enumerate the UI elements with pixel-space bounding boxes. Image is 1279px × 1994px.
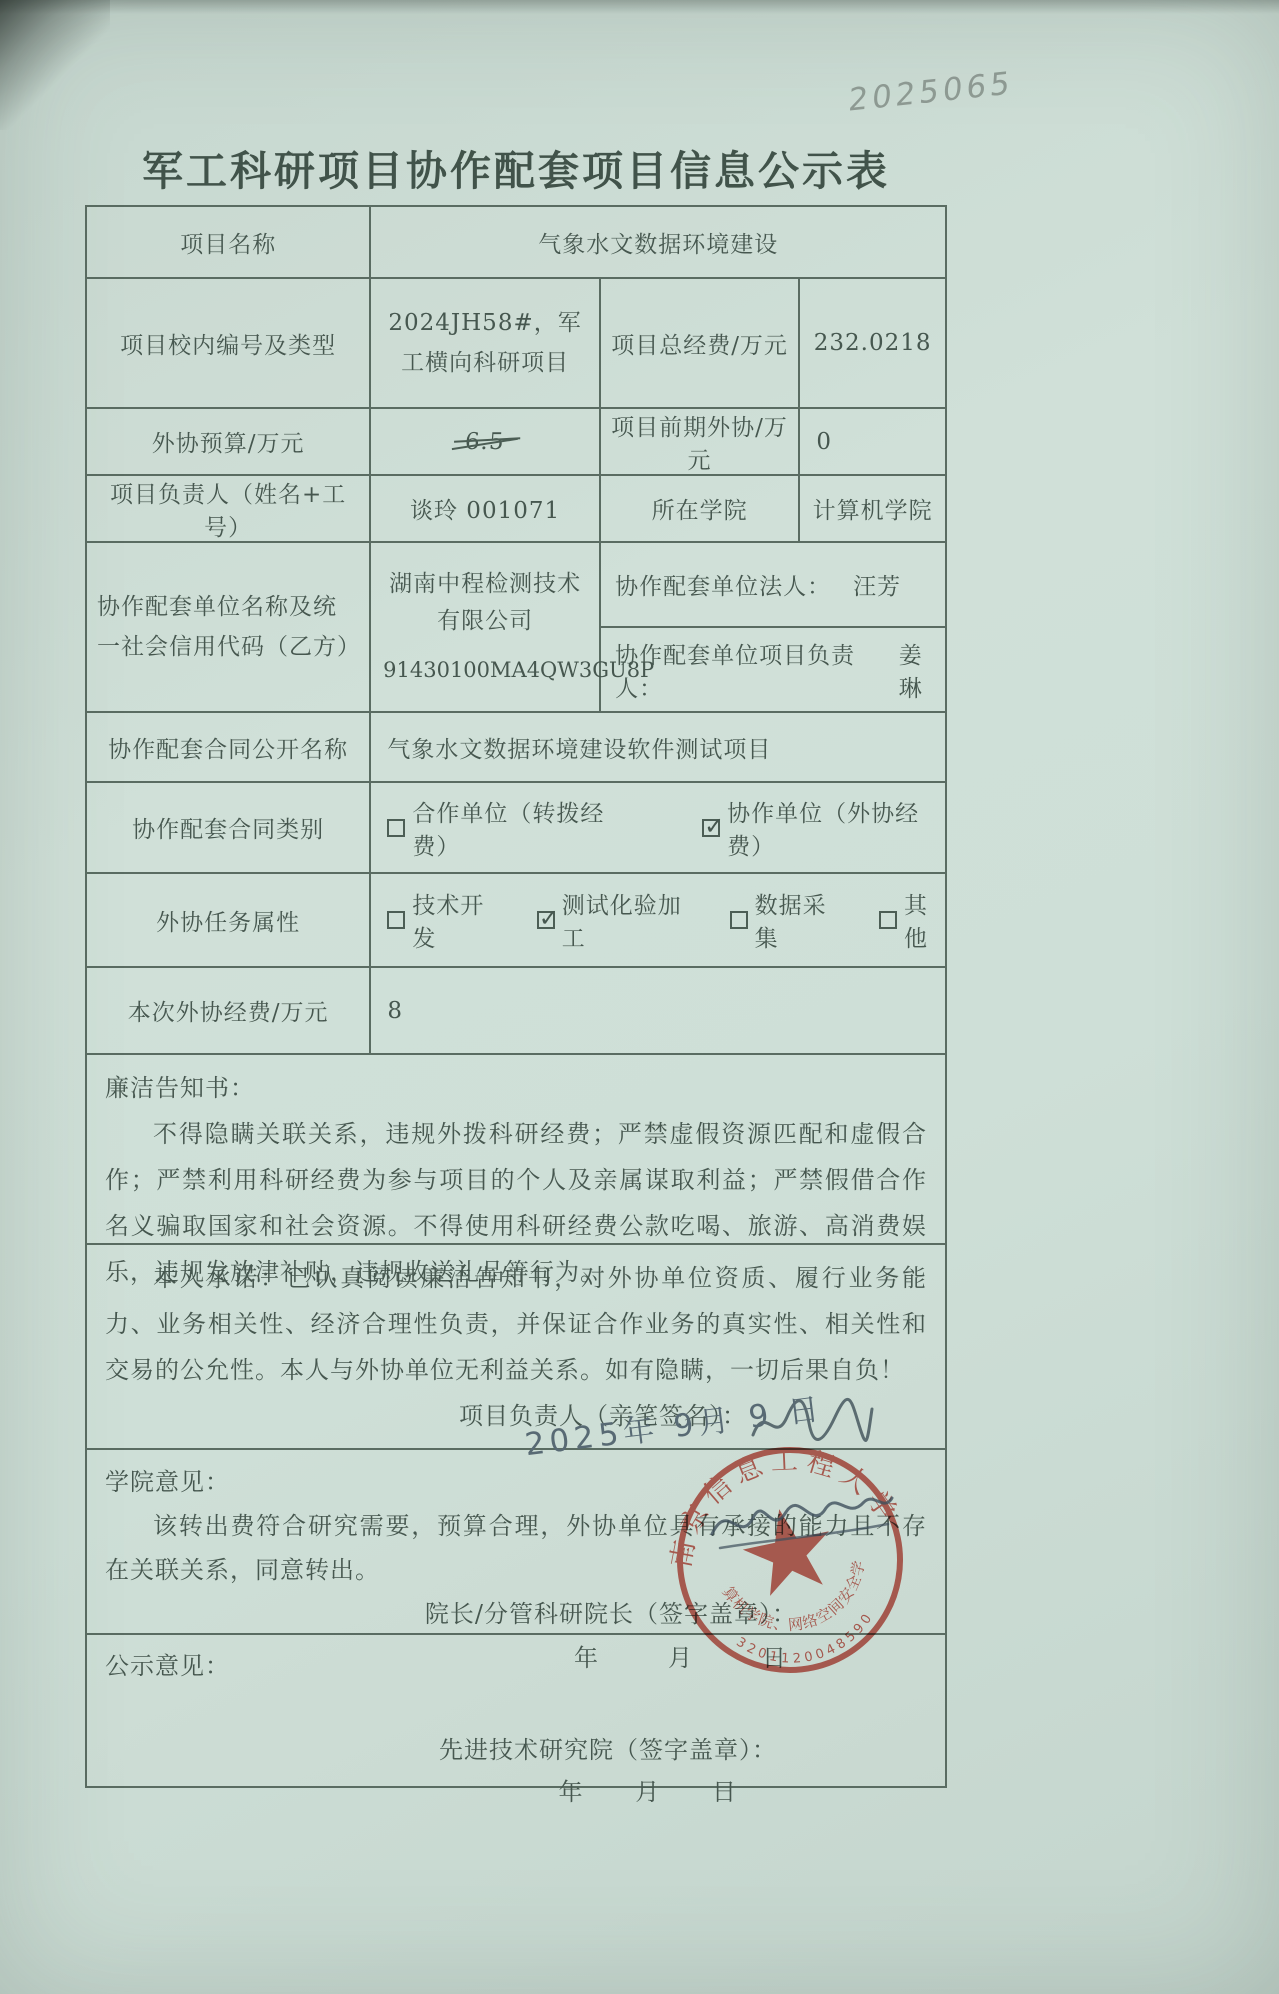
value-partner-unit: 湖南中程检测技术有限公司 91430100MA4QW3GU8P (371, 543, 601, 713)
value-project-leader: 谈玲 001071 (371, 476, 600, 543)
partner-pm-name: 姜琳 (899, 637, 945, 703)
value-college: 计算机学院 (800, 476, 945, 543)
photo-edge-shadow (0, 0, 1279, 14)
publicity-opinion-block: 公示意见： 先进技术研究院（签字盖章）： 年 月 日 (87, 1635, 945, 1786)
label-total-budget: 项目总经费/万元 (601, 279, 801, 409)
row-contract-type: 协作配套合同类别 合作单位（转拨经费） 协作单位（外协经费） (87, 783, 945, 874)
row-current-fee: 本次外协经费/万元 8 (87, 968, 945, 1055)
partner-legal-name: 汪芳 (853, 568, 901, 601)
row-project-name: 项目名称 气象水文数据环境建设 (87, 207, 945, 279)
checkbox-unchecked (387, 819, 405, 837)
row-project-leader: 项目负责人（姓名+工号） 谈玲 001071 所在学院 计算机学院 (87, 476, 945, 543)
photo-corner-shadow (0, 0, 110, 130)
publicity-spacer (105, 1687, 927, 1729)
college-sign-line: 院长/分管科研院长（签字盖章）： (105, 1592, 927, 1636)
dean-signature-scribble (706, 1490, 896, 1568)
checkbox-checked (702, 819, 720, 837)
row-partner-unit: 协作配套单位名称及统一社会信用代码（乙方） 湖南中程检测技术有限公司 91430… (87, 543, 945, 713)
value-contract-type: 合作单位（转拨经费） 协作单位（外协经费） (371, 783, 945, 874)
option-testing: 测试化验加工 (537, 887, 690, 953)
integrity-heading: 廉洁告知书： (105, 1065, 927, 1111)
option-tech-dev: 技术开发 (387, 887, 496, 953)
publicity-date-line: 年 月 日 (105, 1771, 927, 1813)
commitment-body: 本人承诺：已认真阅读廉洁告知书，对外协单位资质、履行业务能力、业务相关性、经济合… (105, 1255, 927, 1393)
value-contract-name: 气象水文数据环境建设软件测试项目 (371, 713, 945, 783)
handwritten-doc-number: 2025065 (847, 65, 1015, 119)
label-current-fee: 本次外协经费/万元 (87, 968, 371, 1055)
publicity-sign-label: 先进技术研究院（签字盖章）： (439, 1729, 777, 1771)
value-prior-outsourcing: 0 (800, 409, 945, 476)
row-project-id: 项目校内编号及类型 2024JH58#，军工横向科研项目 项目总经费/万元 23… (87, 279, 945, 409)
checkbox-unchecked (879, 911, 897, 929)
label-prior-outsourcing: 项目前期外协/万元 (601, 409, 801, 476)
row-outsourcing-budget: 外协预算/万元 6.5 项目前期外协/万元 0 (87, 409, 945, 476)
publicity-sign-line: 先进技术研究院（签字盖章）： (105, 1729, 927, 1771)
label-project-leader: 项目负责人（姓名+工号） (87, 476, 371, 543)
option-cooperation-unit: 合作单位（转拨经费） (387, 795, 630, 861)
row-contract-name: 协作配套合同公开名称 气象水文数据环境建设软件测试项目 (87, 713, 945, 783)
document-page: 2025065 军工科研项目协作配套项目信息公示表 项目名称 气象水文数据环境建… (0, 0, 1279, 1994)
checkbox-checked (537, 911, 555, 929)
value-task-type: 技术开发 测试化验加工 数据采集 其他 (371, 874, 945, 968)
label-partner-unit: 协作配套单位名称及统一社会信用代码（乙方） (87, 543, 371, 713)
label-outsourcing-budget: 外协预算/万元 (87, 409, 371, 476)
value-outsourcing-budget: 6.5 (371, 409, 600, 476)
label-project-name: 项目名称 (87, 207, 371, 279)
option-data-collection: 数据采集 (730, 887, 839, 953)
document-title: 军工科研项目协作配套项目信息公示表 (85, 138, 947, 197)
row-task-type: 外协任务属性 技术开发 测试化验加工 数据采集 其他 (87, 874, 945, 968)
option-other: 其他 (879, 887, 945, 953)
value-project-name: 气象水文数据环境建设 (371, 207, 945, 279)
checkbox-unchecked (387, 911, 405, 929)
partner-legal-cell: 协作配套单位法人： 汪芳 (601, 543, 945, 628)
option-collaboration-unit: 协作单位（外协经费） (702, 795, 945, 861)
partner-pm-cell: 协作配套单位项目负责人： 姜琳 (601, 628, 945, 713)
label-task-type: 外协任务属性 (87, 874, 371, 968)
value-current-fee: 8 (371, 968, 945, 1055)
partner-company-name: 湖南中程检测技术有限公司 (383, 566, 587, 640)
struck-value: 6.5 (459, 429, 510, 455)
label-college: 所在学院 (601, 476, 801, 543)
value-project-id: 2024JH58#，军工横向科研项目 (371, 279, 600, 409)
college-sign-label: 院长/分管科研院长（签字盖章）： (425, 1592, 797, 1636)
checkbox-unchecked (730, 911, 748, 929)
publicity-heading: 公示意见： (105, 1645, 927, 1687)
label-contract-name: 协作配套合同公开名称 (87, 713, 371, 783)
label-contract-type: 协作配套合同类别 (87, 783, 371, 874)
integrity-notice-block: 廉洁告知书： 不得隐瞒关联关系，违规外拨科研经费；严禁虚假资源匹配和虚假合作；严… (87, 1055, 945, 1245)
label-project-id: 项目校内编号及类型 (87, 279, 371, 409)
value-total-budget: 232.0218 (800, 279, 945, 409)
partner-right-cells: 协作配套单位法人： 汪芳 协作配套单位项目负责人： 姜琳 (601, 543, 945, 713)
commitment-block: 本人承诺：已认真阅读廉洁告知书，对外协单位资质、履行业务能力、业务相关性、经济合… (87, 1245, 945, 1450)
